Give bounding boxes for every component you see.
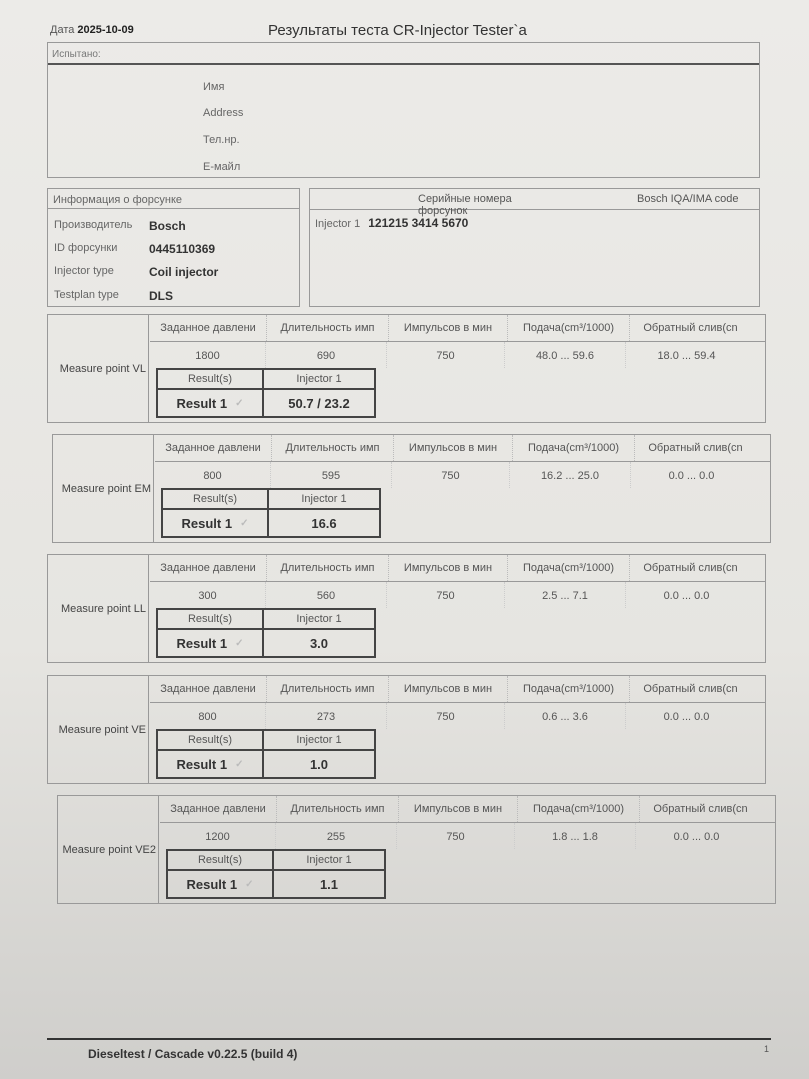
column-header: Длительность имп [267,555,389,581]
setpoint-value: 300 [150,582,266,608]
setpoint-value: 273 [266,703,387,729]
column-header: Импульсов в мин [389,555,508,581]
injector-header: Injector 1 [274,851,384,871]
injector-header: Injector 1 [264,610,374,630]
column-header: Обратный слив(cn [630,315,751,341]
result-value: 16.6 [269,510,379,536]
email-field: E-майл [203,161,240,173]
setpoint-value: 560 [266,582,387,608]
setpoint-value: 0.6 ... 3.6 [505,703,626,729]
column-header: Импульсов в мин [389,315,508,341]
results-header: Result(s) [158,731,264,751]
setpoint-values: 3005607502.5 ... 7.10.0 ... 0.0 [150,582,765,608]
result-row-label: Result 1✓ [168,871,274,897]
result-row-label: Result 1✓ [158,630,264,656]
results-header: Result(s) [158,370,264,390]
serial-caption: Серийные номера форсунок Bosch IQA/IMA c… [310,189,759,210]
result-value: 3.0 [264,630,374,656]
result-table: Result(s) Injector 1 Result 1✓ 50.7 / 23… [156,368,376,418]
column-header: Обратный слив(cn [640,796,761,822]
setpoint-value: 18.0 ... 59.4 [626,342,747,368]
column-header: Подача(cm³/1000) [508,315,630,341]
setpoint-value: 750 [387,703,505,729]
address-field: Address [203,107,243,119]
setpoint-value: 0.0 ... 0.0 [626,703,747,729]
setpoint-value: 48.0 ... 59.6 [505,342,626,368]
setpoint-value: 1.8 ... 1.8 [515,823,636,849]
setpoint-headers: Заданное давлениДлительность импИмпульсо… [150,676,765,703]
column-header: Импульсов в мин [399,796,518,822]
check-icon: ✓ [245,879,253,890]
serial-numbers-section: Серийные номера форсунок Bosch IQA/IMA c… [309,188,760,307]
report-date: Дата 2025-10-09 [50,24,134,36]
date-value: 2025-10-09 [77,24,133,36]
measure-point-block: Measure point LL Заданное давлениДлитель… [47,554,766,663]
measure-point-block: Measure point VE2 Заданное давлениДлител… [57,795,776,904]
setpoint-value: 1200 [160,823,276,849]
measure-point-name: Measure point VE [48,676,149,783]
column-header: Подача(cm³/1000) [513,435,635,461]
check-icon: ✓ [235,398,243,409]
column-header: Подача(cm³/1000) [518,796,640,822]
footer-divider [47,1038,771,1040]
name-field: Имя [203,81,224,93]
tested-by-section: Испытано: Имя Address Тел.нр. E-майл [47,42,760,178]
info-row-testplan: Testplan typeDLS [54,289,119,301]
result-value: 1.0 [264,751,374,777]
measure-point-block: Measure point VE Заданное давлениДлитель… [47,675,766,784]
injector-info-section: Информация о форсунке ПроизводительBosch… [47,188,300,307]
injector-info-caption: Информация о форсунке [48,189,299,209]
result-row-label: Result 1✓ [163,510,269,536]
column-header: Длительность имп [272,435,394,461]
column-header: Обратный слив(cn [630,676,751,702]
result-row-label: Result 1✓ [158,390,264,416]
tested-by-caption: Испытано: [48,43,759,65]
setpoint-headers: Заданное давлениДлительность импИмпульсо… [155,435,770,462]
setpoint-value: 750 [397,823,515,849]
setpoint-values: 8002737500.6 ... 3.60.0 ... 0.0 [150,703,765,729]
result-row-label: Result 1✓ [158,751,264,777]
result-table: Result(s) Injector 1 Result 1✓ 16.6 [161,488,381,538]
setpoint-value: 2.5 ... 7.1 [505,582,626,608]
setpoint-value: 750 [392,462,510,488]
setpoint-values: 180069075048.0 ... 59.618.0 ... 59.4 [150,342,765,368]
page-number: 1 [764,1044,769,1054]
report-title: Результаты теста CR-Injector Tester`a [268,22,527,39]
setpoint-value: 750 [387,342,505,368]
result-table: Result(s) Injector 1 Result 1✓ 1.1 [166,849,386,899]
column-header: Обратный слив(cn [635,435,756,461]
column-header: Импульсов в мин [394,435,513,461]
date-label: Дата [50,24,74,36]
injector-header: Injector 1 [264,731,374,751]
column-header: Заданное давлени [150,676,267,702]
measure-point-name: Measure point EM [53,435,154,542]
footer-app-version: Dieseltest / Cascade v0.22.5 (build 4) [88,1047,297,1061]
setpoint-values: 80059575016.2 ... 25.00.0 ... 0.0 [155,462,770,488]
info-row-id: ID форсунки0445110369 [54,242,117,254]
column-header: Длительность имп [267,315,389,341]
setpoint-value: 800 [155,462,271,488]
column-header: Заданное давлени [155,435,272,461]
info-row-manufacturer: ПроизводительBosch [54,219,132,231]
check-icon: ✓ [235,638,243,649]
result-table: Result(s) Injector 1 Result 1✓ 3.0 [156,608,376,658]
setpoint-value: 0.0 ... 0.0 [636,823,757,849]
column-header: Длительность имп [277,796,399,822]
column-header: Заданное давлени [150,315,267,341]
serial-injector-1: Injector 1121215 3414 5670 [315,216,468,230]
setpoint-value: 16.2 ... 25.0 [510,462,631,488]
setpoint-headers: Заданное давлениДлительность импИмпульсо… [160,796,775,823]
column-header: Импульсов в мин [389,676,508,702]
injector-header: Injector 1 [269,490,379,510]
results-header: Result(s) [168,851,274,871]
results-header: Result(s) [158,610,264,630]
column-header: Подача(cm³/1000) [508,676,630,702]
measure-point-name: Measure point LL [48,555,149,662]
result-value: 1.1 [274,871,384,897]
setpoint-headers: Заданное давлениДлительность импИмпульсо… [150,555,765,582]
column-header: Подача(cm³/1000) [508,555,630,581]
measure-point-block: Measure point EM Заданное давлениДлитель… [52,434,771,543]
setpoint-value: 1800 [150,342,266,368]
injector-header: Injector 1 [264,370,374,390]
setpoint-value: 595 [271,462,392,488]
setpoint-values: 12002557501.8 ... 1.80.0 ... 0.0 [160,823,775,849]
check-icon: ✓ [240,518,248,529]
results-header: Result(s) [163,490,269,510]
setpoint-value: 690 [266,342,387,368]
setpoint-value: 800 [150,703,266,729]
info-row-type: Injector typeCoil injector [54,265,114,277]
result-value: 50.7 / 23.2 [264,390,374,416]
setpoint-headers: Заданное давлениДлительность импИмпульсо… [150,315,765,342]
column-header: Заданное давлени [160,796,277,822]
phone-field: Тел.нр. [203,134,240,146]
setpoint-value: 0.0 ... 0.0 [626,582,747,608]
column-header: Длительность имп [267,676,389,702]
check-icon: ✓ [235,759,243,770]
report-page: Дата 2025-10-09 Результаты теста CR-Inje… [0,0,809,1079]
setpoint-value: 0.0 ... 0.0 [631,462,752,488]
result-table: Result(s) Injector 1 Result 1✓ 1.0 [156,729,376,779]
setpoint-value: 255 [276,823,397,849]
measure-point-block: Measure point VL Заданное давлениДлитель… [47,314,766,423]
setpoint-value: 750 [387,582,505,608]
column-header: Обратный слив(cn [630,555,751,581]
column-header: Заданное давлени [150,555,267,581]
measure-point-name: Measure point VE2 [58,796,159,903]
measure-point-name: Measure point VL [48,315,149,422]
